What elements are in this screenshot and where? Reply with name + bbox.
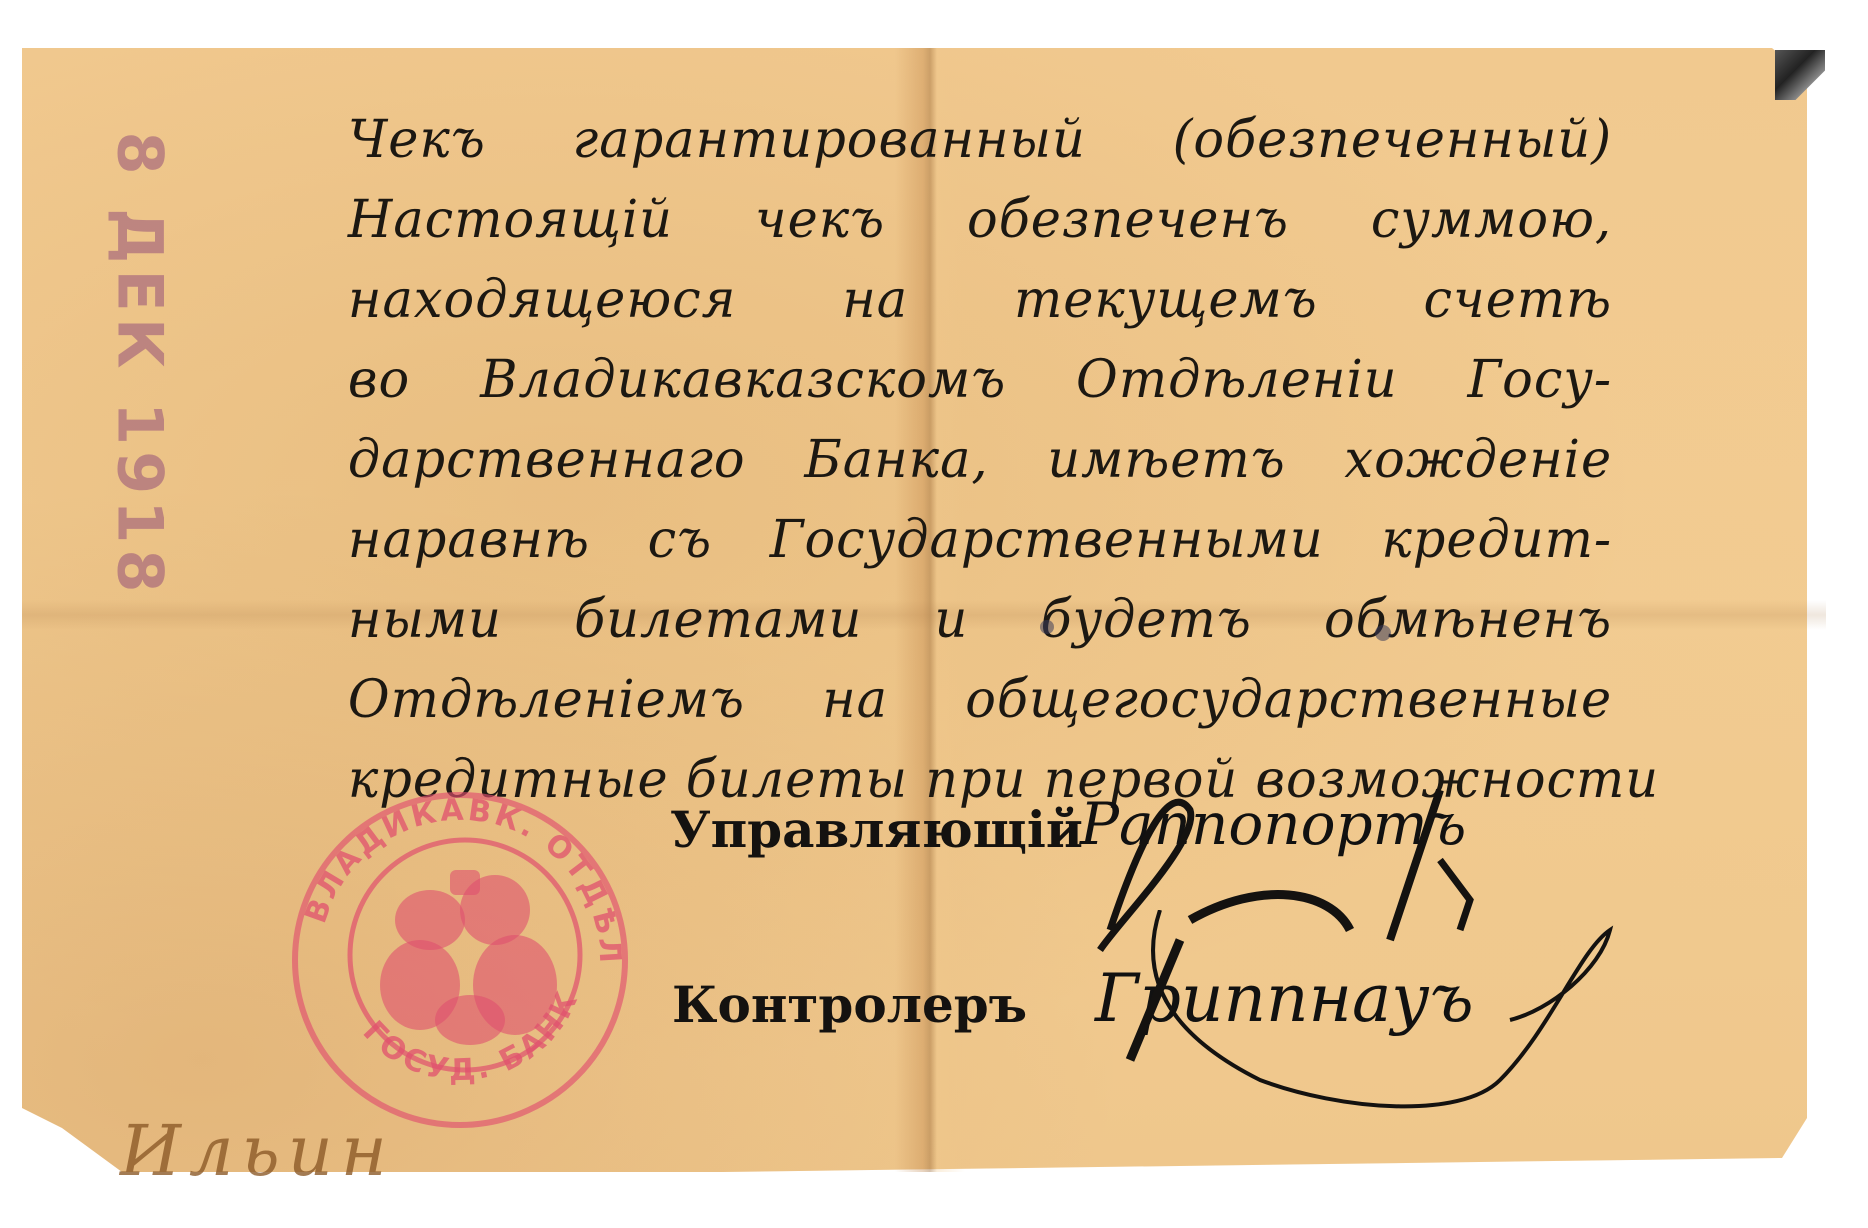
body-line: во Владикавказскомъ Отдѣленiи Госу- (348, 340, 1612, 420)
bank-seal: ВЛАДИКАВК. ОТДѢЛ. ГОСУД. БАНКА (280, 770, 640, 1130)
date-stamp-text: 8 ДЕК 1918 (104, 131, 177, 598)
body-line: находящеюся на текущемъ счетѣ (348, 260, 1612, 340)
body-line: Отдѣленiемъ на общегосударственные (348, 660, 1612, 740)
handwritten-note: Ильин (120, 1110, 395, 1192)
double-headed-eagle-icon (380, 870, 557, 1045)
body-line: Настоящiй чекъ обезпеченъ суммою, (348, 180, 1612, 260)
controller-label: Контролеръ (672, 975, 1027, 1034)
torn-corner (1775, 50, 1825, 100)
manager-label: Управляющiй (670, 800, 1083, 859)
body-line: Чекъ гарантированный (обезпеченный) (348, 100, 1612, 180)
body-line: ными билетами и будетъ обмѣненъ (348, 580, 1612, 660)
ink-blot (1375, 625, 1391, 641)
body-line: дарственнаго Банка, имѣетъ хожденiе (348, 420, 1612, 500)
cheque-body-text: Чекъ гарантированный (обезпеченный) Наст… (335, 100, 1625, 820)
body-line: наравнѣ съ Государственными кредит- (348, 500, 1612, 580)
seal-svg: ВЛАДИКАВК. ОТДѢЛ. ГОСУД. БАНКА (280, 770, 640, 1130)
controller-signature-flourish (1080, 910, 1640, 1130)
ink-blot (1040, 620, 1054, 634)
date-stamp: 8 ДЕК 1918 (95, 175, 185, 555)
